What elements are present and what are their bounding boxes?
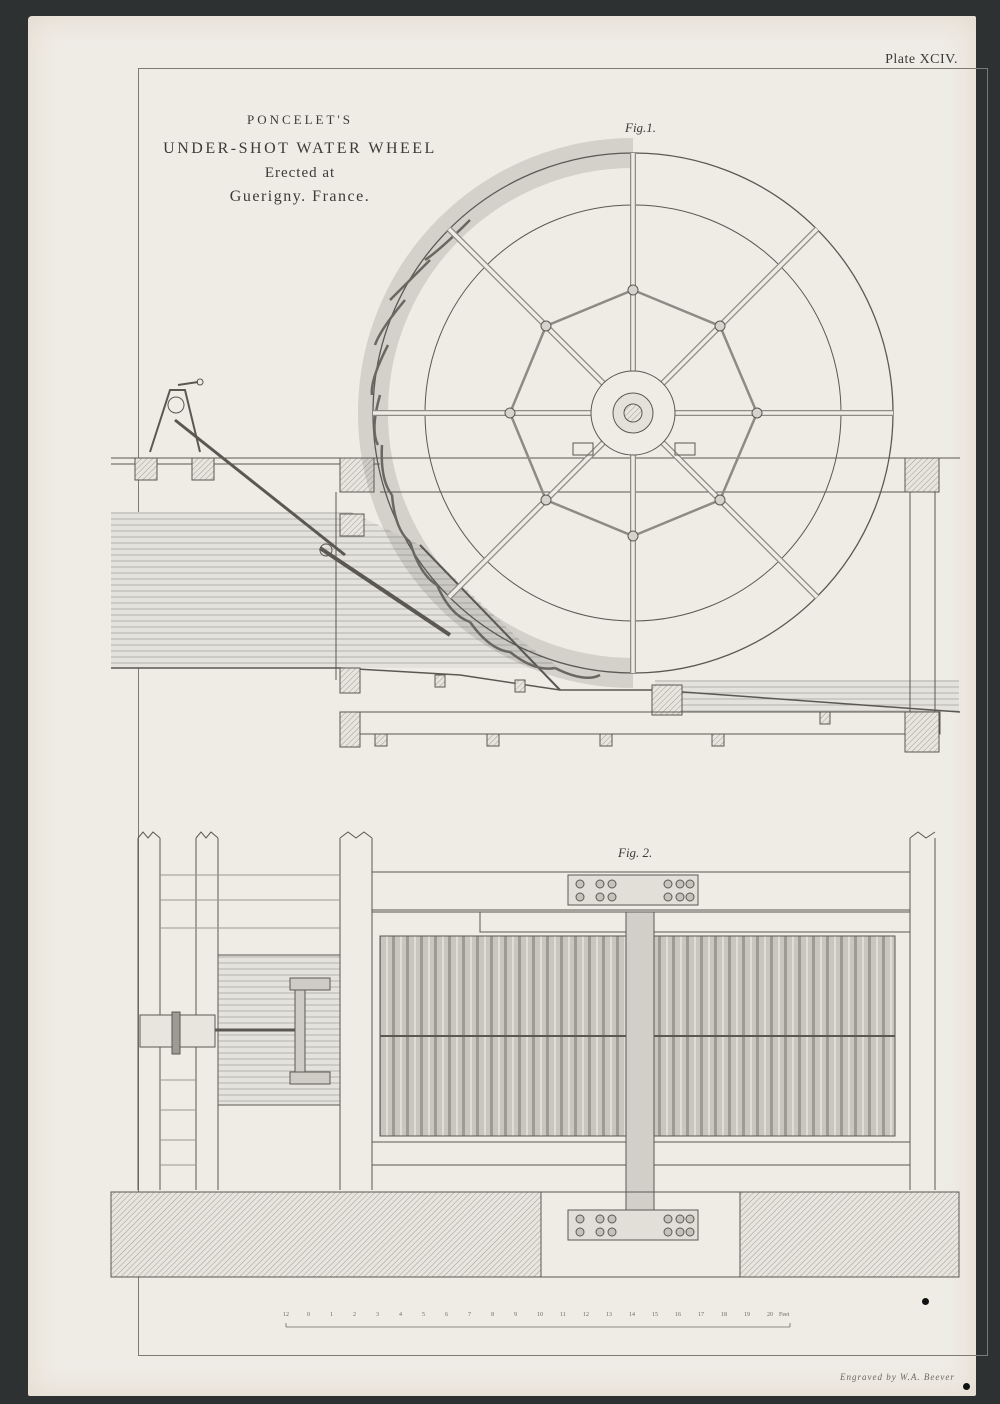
title-erected: Erected at xyxy=(175,165,425,182)
fig1-drawing xyxy=(111,153,960,752)
paper-blemish xyxy=(922,1298,929,1305)
title-author: PONCELET'S xyxy=(175,112,425,128)
paper-blemish xyxy=(963,1383,970,1390)
fig1-label: Fig.1. xyxy=(625,120,656,136)
title-location: Guerigny. France. xyxy=(175,188,425,206)
fig2-label: Fig. 2. xyxy=(618,845,652,861)
technical-drawing xyxy=(0,0,1000,1404)
title-main: UNDER-SHOT WATER WHEEL xyxy=(145,140,455,158)
engraver-credit: Engraved by W.A. Beever xyxy=(840,1372,955,1382)
plate-number: Plate XCIV. xyxy=(885,52,958,68)
fig2-drawing xyxy=(111,832,959,1277)
scale-bar xyxy=(286,1323,790,1327)
